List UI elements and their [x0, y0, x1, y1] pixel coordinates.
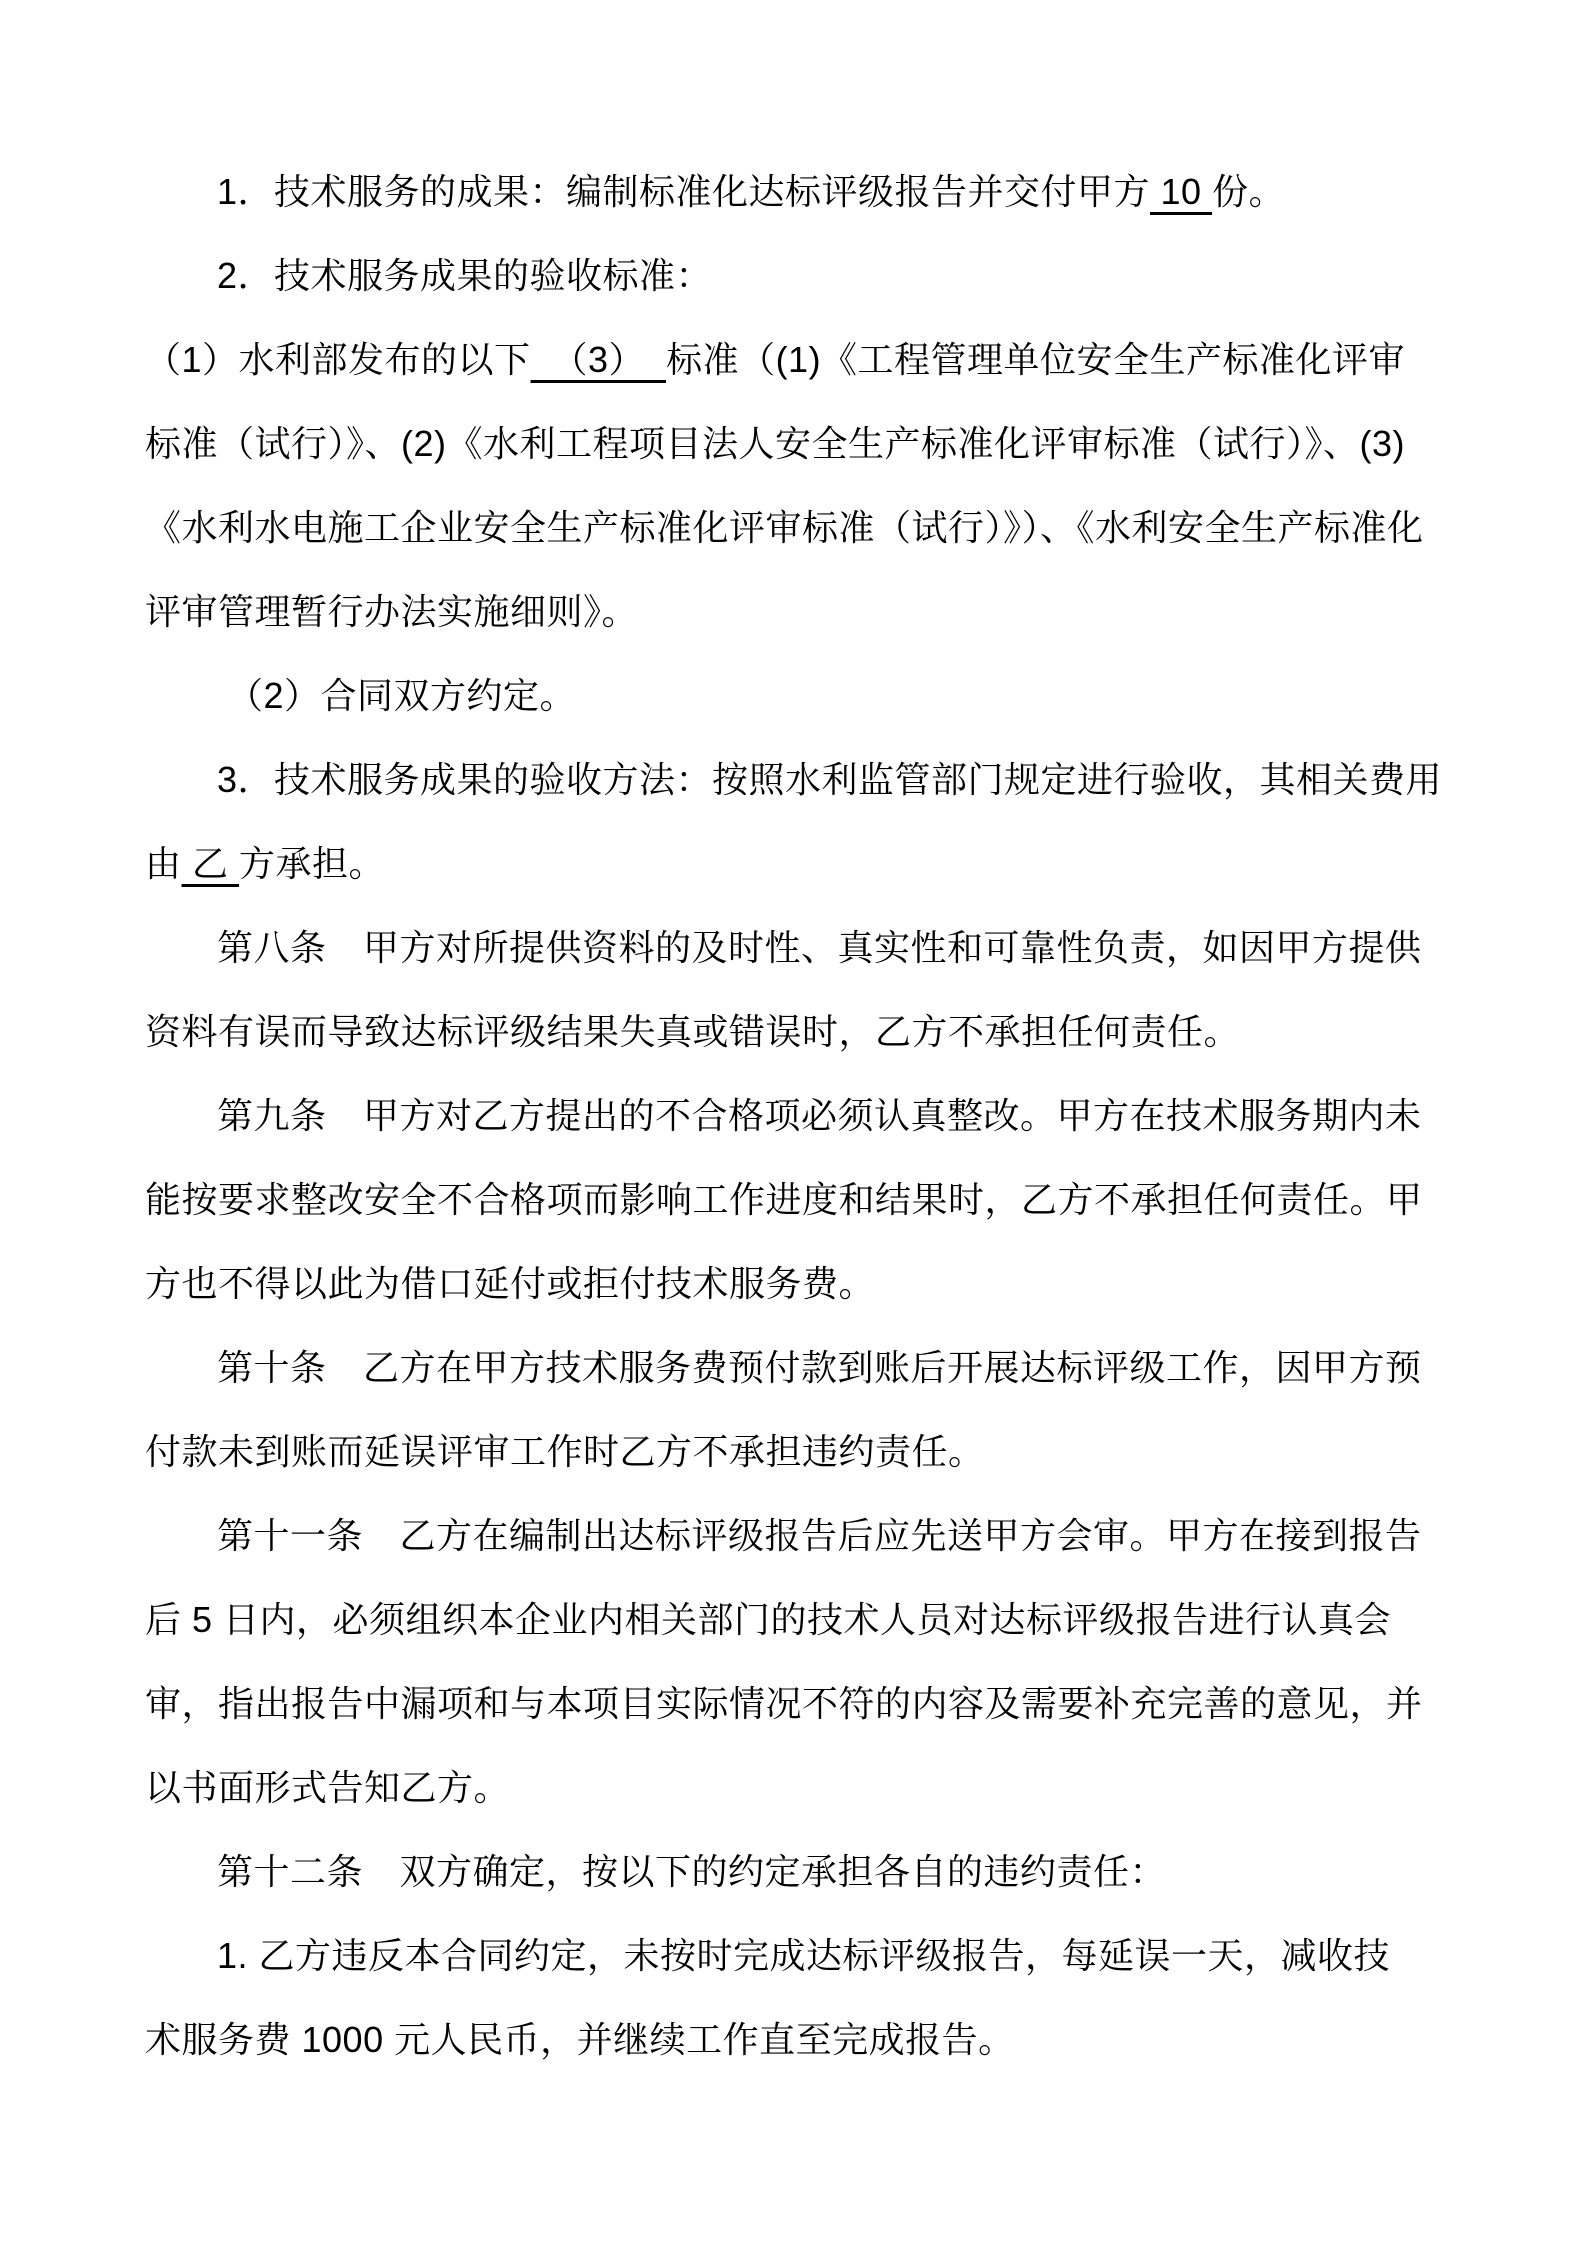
contract-line: 第十二条 双方确定，按以下的约定承担各自的违约责任：	[145, 1830, 1448, 1914]
line-text: 后 5 日内，必须组织本企业内相关部门的技术人员对达标评级报告进行认真会	[145, 1599, 1391, 1640]
line-text: 1. 乙方违反本合同约定，未按时完成达标评级报告，每延误一天，减收技	[217, 1935, 1390, 1976]
line-text: 2．技术服务成果的验收标准：	[217, 255, 712, 296]
line-text: 审，指出报告中漏项和与本项目实际情况不符的内容及需要补充完善的意见，并	[145, 1683, 1423, 1724]
line-text: 评审管理暂行办法实施细则》。	[145, 591, 638, 632]
underlined-value: 乙	[182, 843, 240, 884]
contract-line: 方也不得以此为借口延付或拒付技术服务费。	[145, 1242, 1448, 1326]
line-text: 第九条 甲方对乙方提出的不合格项必须认真整改。甲方在技术服务期内未	[217, 1095, 1422, 1136]
document-page: 1．技术服务的成果：编制标准化达标评级报告并交付甲方 10 份。 2．技术服务成…	[0, 0, 1586, 2244]
line-text: 3．技术服务成果的验收方法：按照水利监管部门规定进行验收，其相关费用	[217, 759, 1442, 800]
contract-line: 2．技术服务成果的验收标准：	[145, 234, 1448, 318]
line-text: 资料有误而导致达标评级结果失真或错误时，乙方不承担任何责任。	[145, 1011, 1240, 1052]
contract-line: 1．技术服务的成果：编制标准化达标评级报告并交付甲方 10 份。	[145, 150, 1448, 234]
line-text: 由	[145, 843, 182, 884]
contract-line: 术服务费 1000 元人民币，并继续工作直至完成报告。	[145, 1998, 1448, 2082]
contract-line: 能按要求整改安全不合格项而影响工作进度和结果时，乙方不承担任何责任。甲	[145, 1158, 1448, 1242]
underlined-value: 10	[1150, 171, 1212, 212]
line-text: （2）合同双方约定。	[227, 675, 576, 716]
line-text: 以书面形式告知乙方。	[145, 1767, 510, 1808]
contract-line: 标准（试行）》、(2)《水利工程项目法人安全生产标准化评审标准（试行）》、(3)	[145, 402, 1448, 486]
underlined-value: （3）	[531, 339, 667, 380]
contract-line: 后 5 日内，必须组织本企业内相关部门的技术人员对达标评级报告进行认真会	[145, 1578, 1448, 1662]
line-text: 第八条 甲方对所提供资料的及时性、真实性和可靠性负责，如因甲方提供	[217, 927, 1422, 968]
line-text: 标准（(1)《工程管理单位安全生产标准化评审	[666, 339, 1405, 380]
contract-line: （2）合同双方约定。	[145, 654, 1448, 738]
contract-line: 评审管理暂行办法实施细则》。	[145, 570, 1448, 654]
line-text: 第十二条 双方确定，按以下的约定承担各自的违约责任：	[217, 1851, 1166, 1892]
contract-line: 由 乙 方承担。	[145, 822, 1448, 906]
line-text: （1）水利部发布的以下	[145, 339, 531, 380]
line-text: 第十一条 乙方在编制出达标评级报告后应先送甲方会审。甲方在接到报告	[217, 1515, 1422, 1556]
line-text: 能按要求整改安全不合格项而影响工作进度和结果时，乙方不承担任何责任。甲	[145, 1179, 1423, 1220]
line-text: 份。	[1212, 171, 1285, 212]
contract-line: 第十条 乙方在甲方技术服务费预付款到账后开展达标评级工作，因甲方预	[145, 1326, 1448, 1410]
contract-line: 1. 乙方违反本合同约定，未按时完成达标评级报告，每延误一天，减收技	[145, 1914, 1448, 1998]
contract-line: 资料有误而导致达标评级结果失真或错误时，乙方不承担任何责任。	[145, 990, 1448, 1074]
contract-line: 审，指出报告中漏项和与本项目实际情况不符的内容及需要补充完善的意见，并	[145, 1662, 1448, 1746]
contract-line: 第十一条 乙方在编制出达标评级报告后应先送甲方会审。甲方在接到报告	[145, 1494, 1448, 1578]
line-text: 《水利水电施工企业安全生产标准化评审标准（试行）》）、《水利安全生产标准化	[145, 507, 1424, 548]
line-text: 术服务费 1000 元人民币，并继续工作直至完成报告。	[145, 2019, 1015, 2060]
line-text: 方承担。	[239, 843, 385, 884]
contract-line: 以书面形式告知乙方。	[145, 1746, 1448, 1830]
contract-line: 《水利水电施工企业安全生产标准化评审标准（试行）》）、《水利安全生产标准化	[145, 486, 1448, 570]
line-text: 1．技术服务的成果：编制标准化达标评级报告并交付甲方	[217, 171, 1150, 212]
contract-line: 第八条 甲方对所提供资料的及时性、真实性和可靠性负责，如因甲方提供	[145, 906, 1448, 990]
contract-line: 第九条 甲方对乙方提出的不合格项必须认真整改。甲方在技术服务期内未	[145, 1074, 1448, 1158]
line-text: 方也不得以此为借口延付或拒付技术服务费。	[145, 1263, 875, 1304]
line-text: 付款未到账而延误评审工作时乙方不承担违约责任。	[145, 1431, 985, 1472]
contract-line: 3．技术服务成果的验收方法：按照水利监管部门规定进行验收，其相关费用	[145, 738, 1448, 822]
line-text: 第十条 乙方在甲方技术服务费预付款到账后开展达标评级工作，因甲方预	[217, 1347, 1422, 1388]
contract-line: （1）水利部发布的以下 （3） 标准（(1)《工程管理单位安全生产标准化评审	[145, 318, 1448, 402]
contract-line: 付款未到账而延误评审工作时乙方不承担违约责任。	[145, 1410, 1448, 1494]
line-text: 标准（试行）》、(2)《水利工程项目法人安全生产标准化评审标准（试行）》、(3)	[145, 423, 1405, 464]
